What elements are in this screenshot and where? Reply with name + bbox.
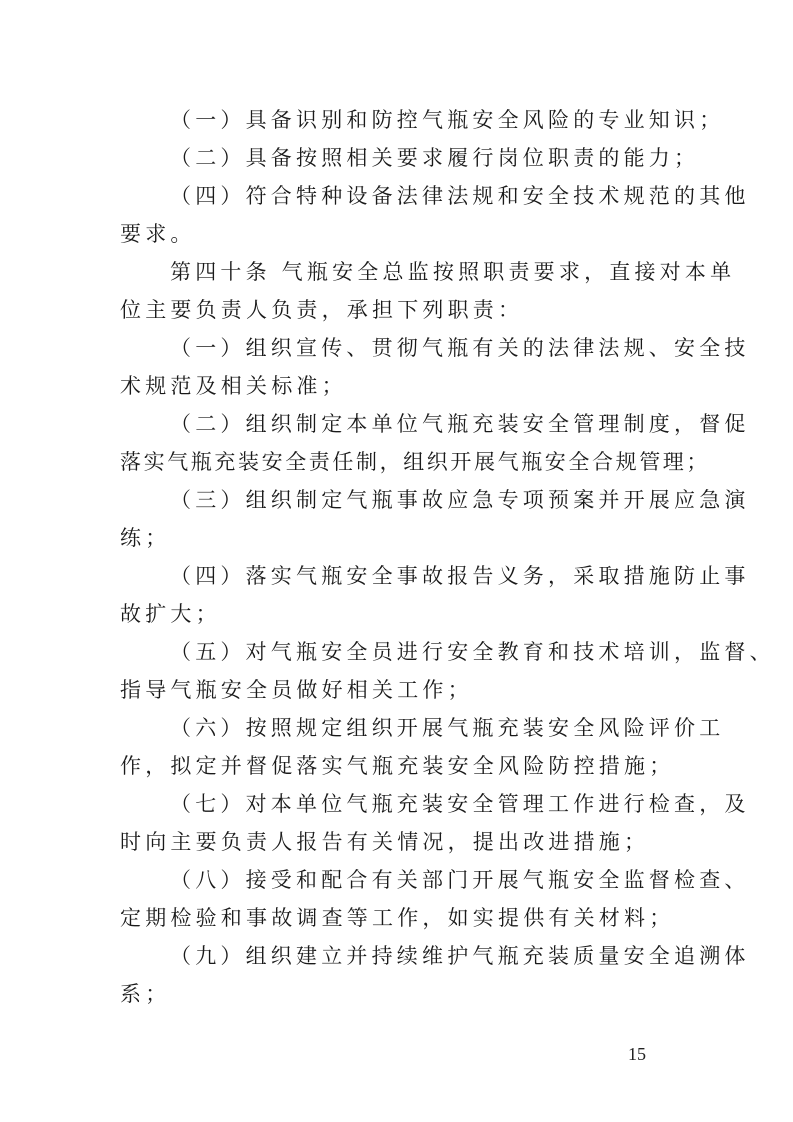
text-line: （二）组织制定本单位气瓶充装安全管理制度，督促 [170,412,672,436]
text-line: 指导气瓶安全员做好相关工作； [120,678,672,702]
text-line: 定期检验和事故调查等工作，如实提供有关材料； [120,906,672,930]
document-page: （一）具备识别和防控气瓶安全风险的专业知识； （二）具备按照相关要求履行岗位职责… [0,0,793,1122]
text-line: 系； [120,982,672,1006]
text-line: （三）组织制定气瓶事故应急专项预案并开展应急演 [170,488,672,512]
text-line: 作，拟定并督促落实气瓶充装安全风险防控措施； [120,754,672,778]
text-line: （六）按照规定组织开展气瓶充装安全风险评价工 [170,716,672,740]
text-line: 故扩大； [120,602,672,626]
text-line: 位主要负责人负责，承担下列职责： [120,298,672,322]
article-heading-line: 第四十条 气瓶安全总监按照职责要求，直接对本单 [170,260,672,284]
text-line: （四）符合特种设备法律法规和安全技术规范的其他 [170,184,672,208]
text-line: 术规范及相关标准； [120,374,672,398]
text-line: （七）对本单位气瓶充装安全管理工作进行检查，及 [170,792,672,816]
text-line: 练； [120,526,672,550]
text-line: （一）组织宣传、贯彻气瓶有关的法律法规、安全技 [170,336,672,360]
text-line: 时向主要负责人报告有关情况，提出改进措施； [120,830,672,854]
text-line: （二）具备按照相关要求履行岗位职责的能力； [170,146,672,170]
text-line: （五）对气瓶安全员进行安全教育和技术培训，监督、 [170,640,672,664]
page-number: 15 [628,1044,646,1065]
text-line: （四）落实气瓶安全事故报告义务，采取措施防止事 [170,564,672,588]
text-line: （八）接受和配合有关部门开展气瓶安全监督检查、 [170,868,672,892]
text-line: 落实气瓶充装安全责任制，组织开展气瓶安全合规管理； [120,450,672,474]
text-line: （一）具备识别和防控气瓶安全风险的专业知识； [170,108,672,132]
text-line: 要求。 [120,222,672,246]
text-line: （九）组织建立并持续维护气瓶充装质量安全追溯体 [170,944,672,968]
